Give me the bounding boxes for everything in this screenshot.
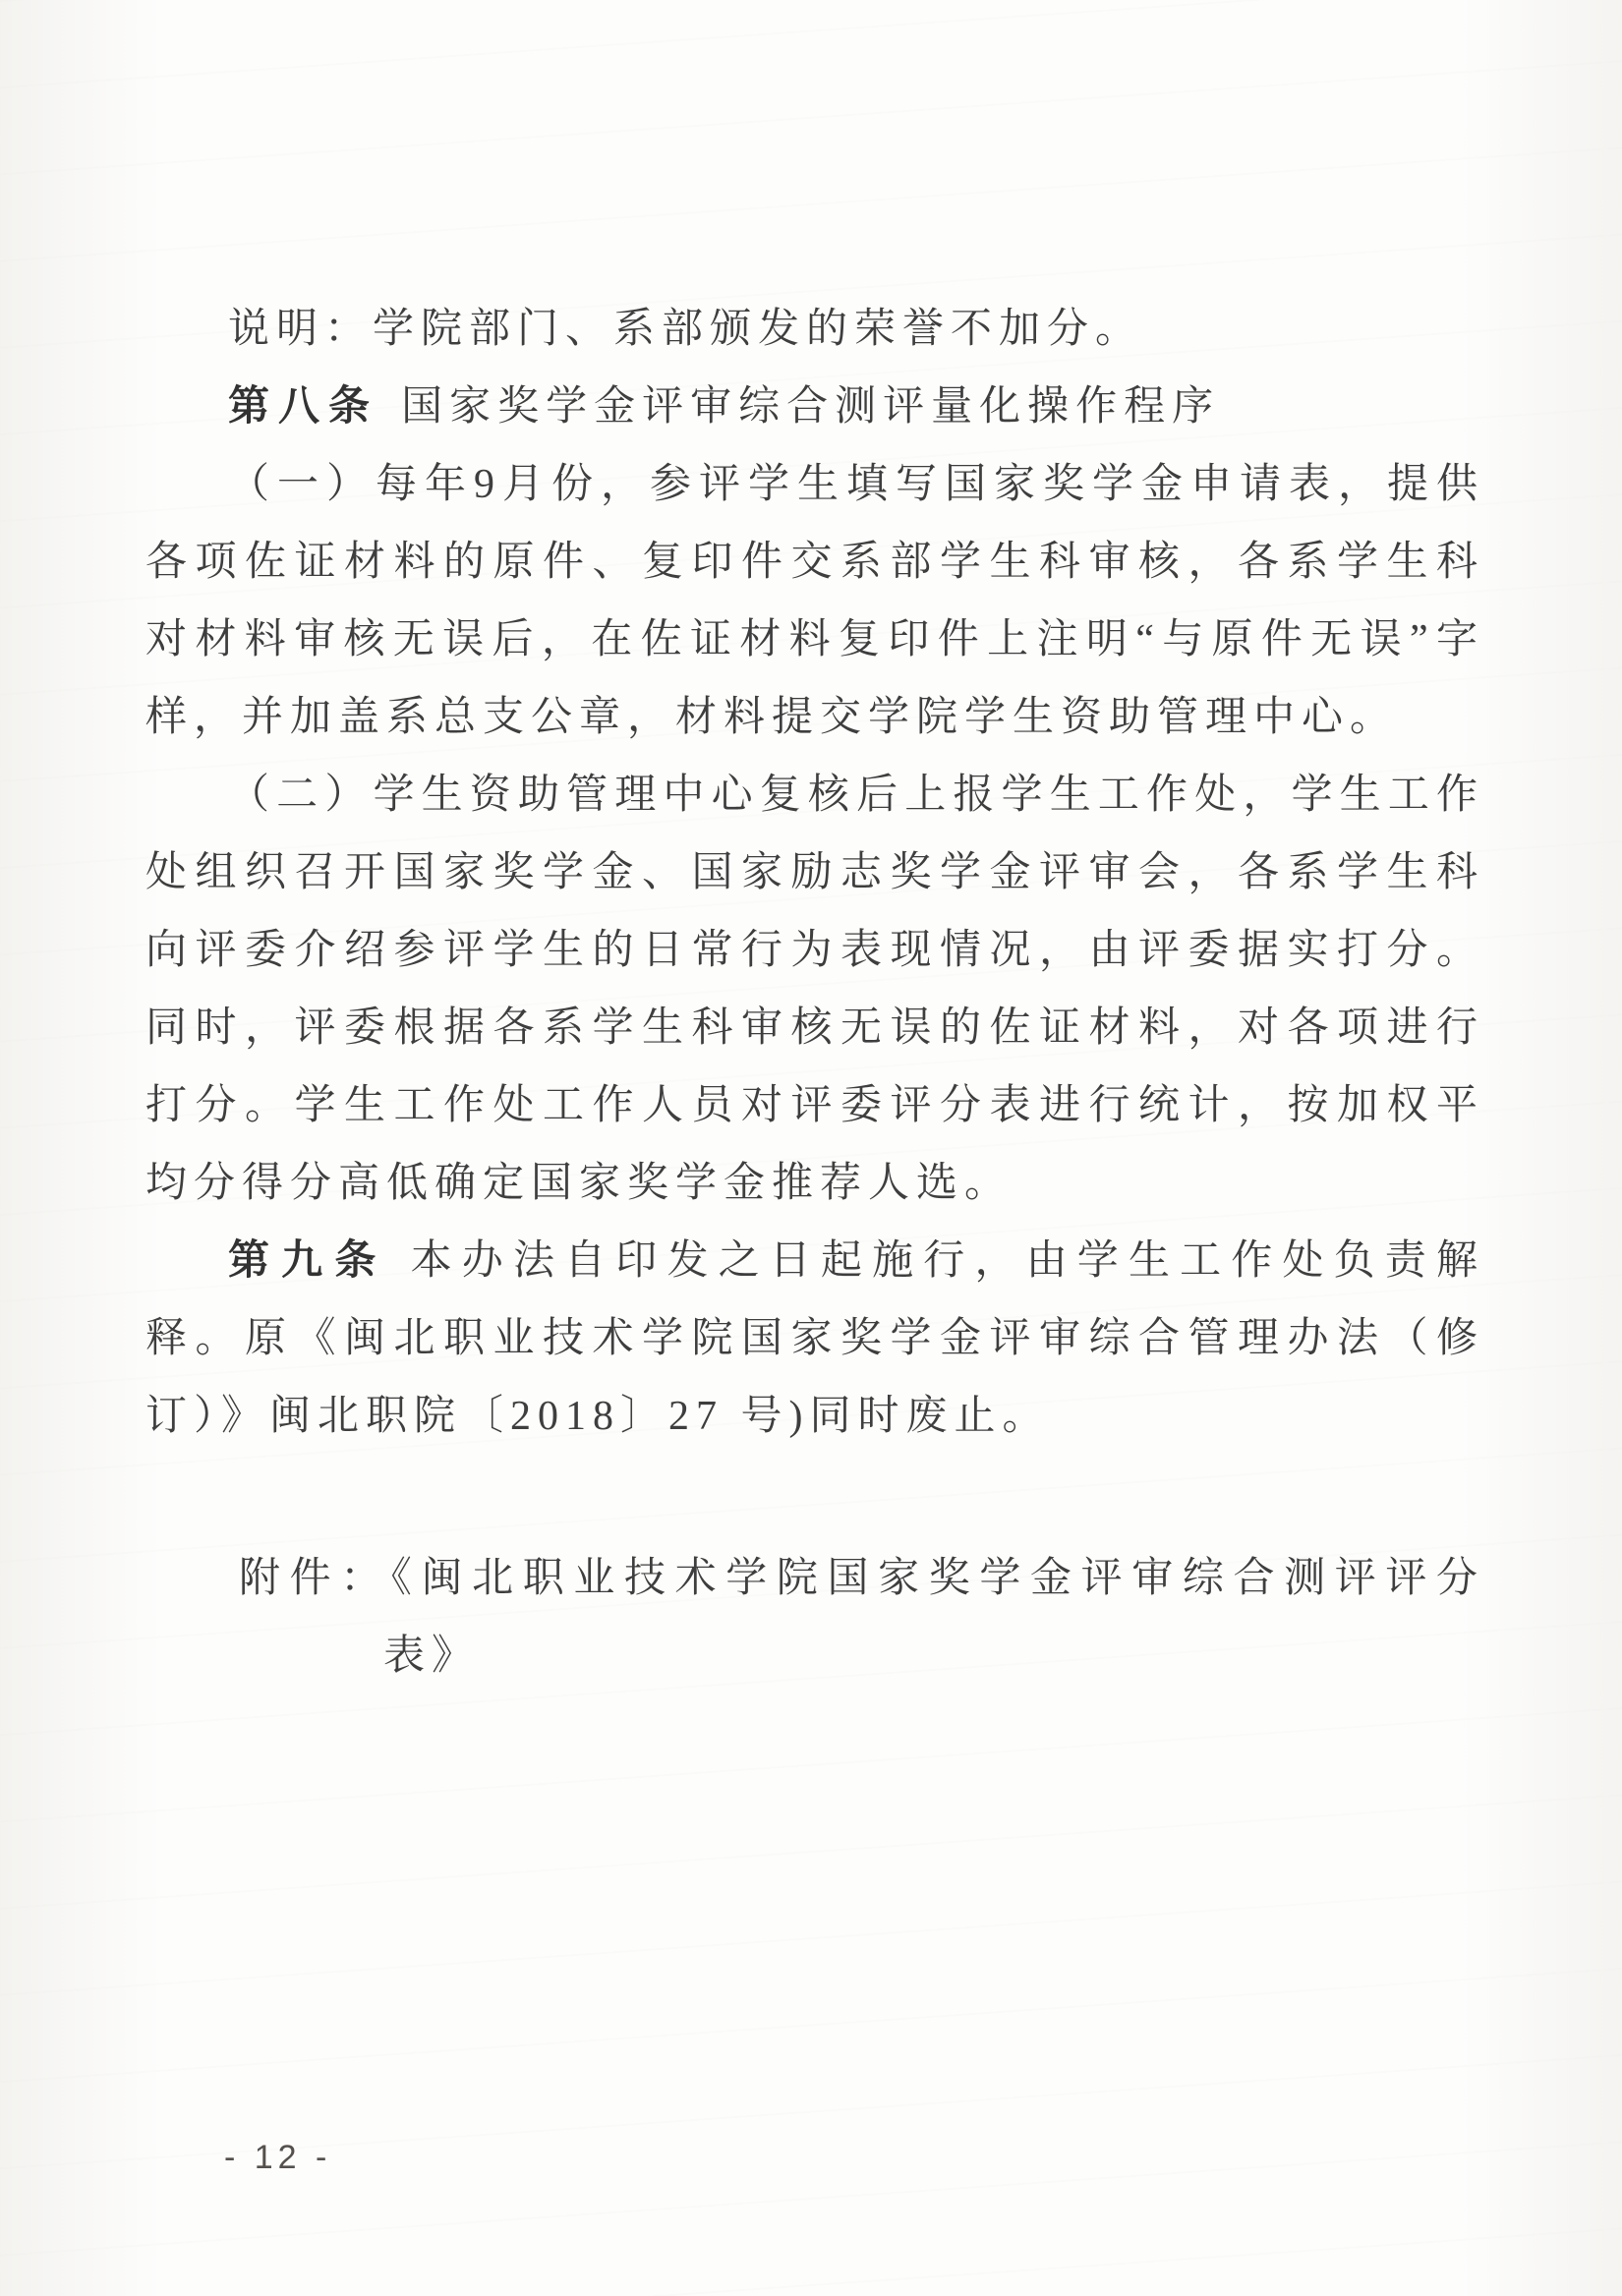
paragraph-article-9: 第九条本办法自印发之日起施行，由学生工作处负责解释。原《闽北职业技术学院国家奖学…: [145, 1223, 1484, 1456]
article-8-number: 第八条: [228, 384, 378, 430]
paragraph-text: 国家奖学金评审综合测评量化操作程序: [401, 384, 1220, 430]
paragraph-text: （一）每年9月份，参评学生填写国家奖学金申请表，提供各项佐证材料的原件、复印件交…: [145, 462, 1484, 740]
attachment-title: 《闽北职业技术学院国家奖学金评审综合测评评分表》: [383, 1556, 1484, 1679]
attachment-line: 附件：《闽北职业技术学院国家奖学金评审综合测评评分表》: [145, 1540, 1484, 1695]
paragraph-item-2: （二）学生资助管理中心复核后上报学生工作处，学生工作处组织召开国家奖学金、国家励…: [145, 757, 1484, 1223]
attachment-label: 附件：: [239, 1556, 391, 1601]
page-number: - 12 -: [224, 2139, 331, 2177]
paragraph-text: 说明：学院部门、系部颁发的荣誉不加分。: [228, 307, 1143, 352]
paragraph-item-1: （一）每年9月份，参评学生填写国家奖学金申请表，提供各项佐证材料的原件、复印件交…: [145, 446, 1484, 757]
paragraph-text: （二）学生资助管理中心复核后上报学生工作处，学生工作处组织召开国家奖学金、国家励…: [145, 773, 1484, 1206]
document-page: 说明：学院部门、系部颁发的荣誉不加分。 第八条国家奖学金评审综合测评量化操作程序…: [0, 0, 1622, 2296]
document-body: 说明：学院部门、系部颁发的荣誉不加分。 第八条国家奖学金评审综合测评量化操作程序…: [145, 291, 1484, 1695]
article-9-number: 第九条: [228, 1238, 388, 1284]
paragraph-note: 说明：学院部门、系部颁发的荣誉不加分。: [145, 291, 1484, 369]
paragraph-article-8: 第八条国家奖学金评审综合测评量化操作程序: [145, 369, 1484, 446]
